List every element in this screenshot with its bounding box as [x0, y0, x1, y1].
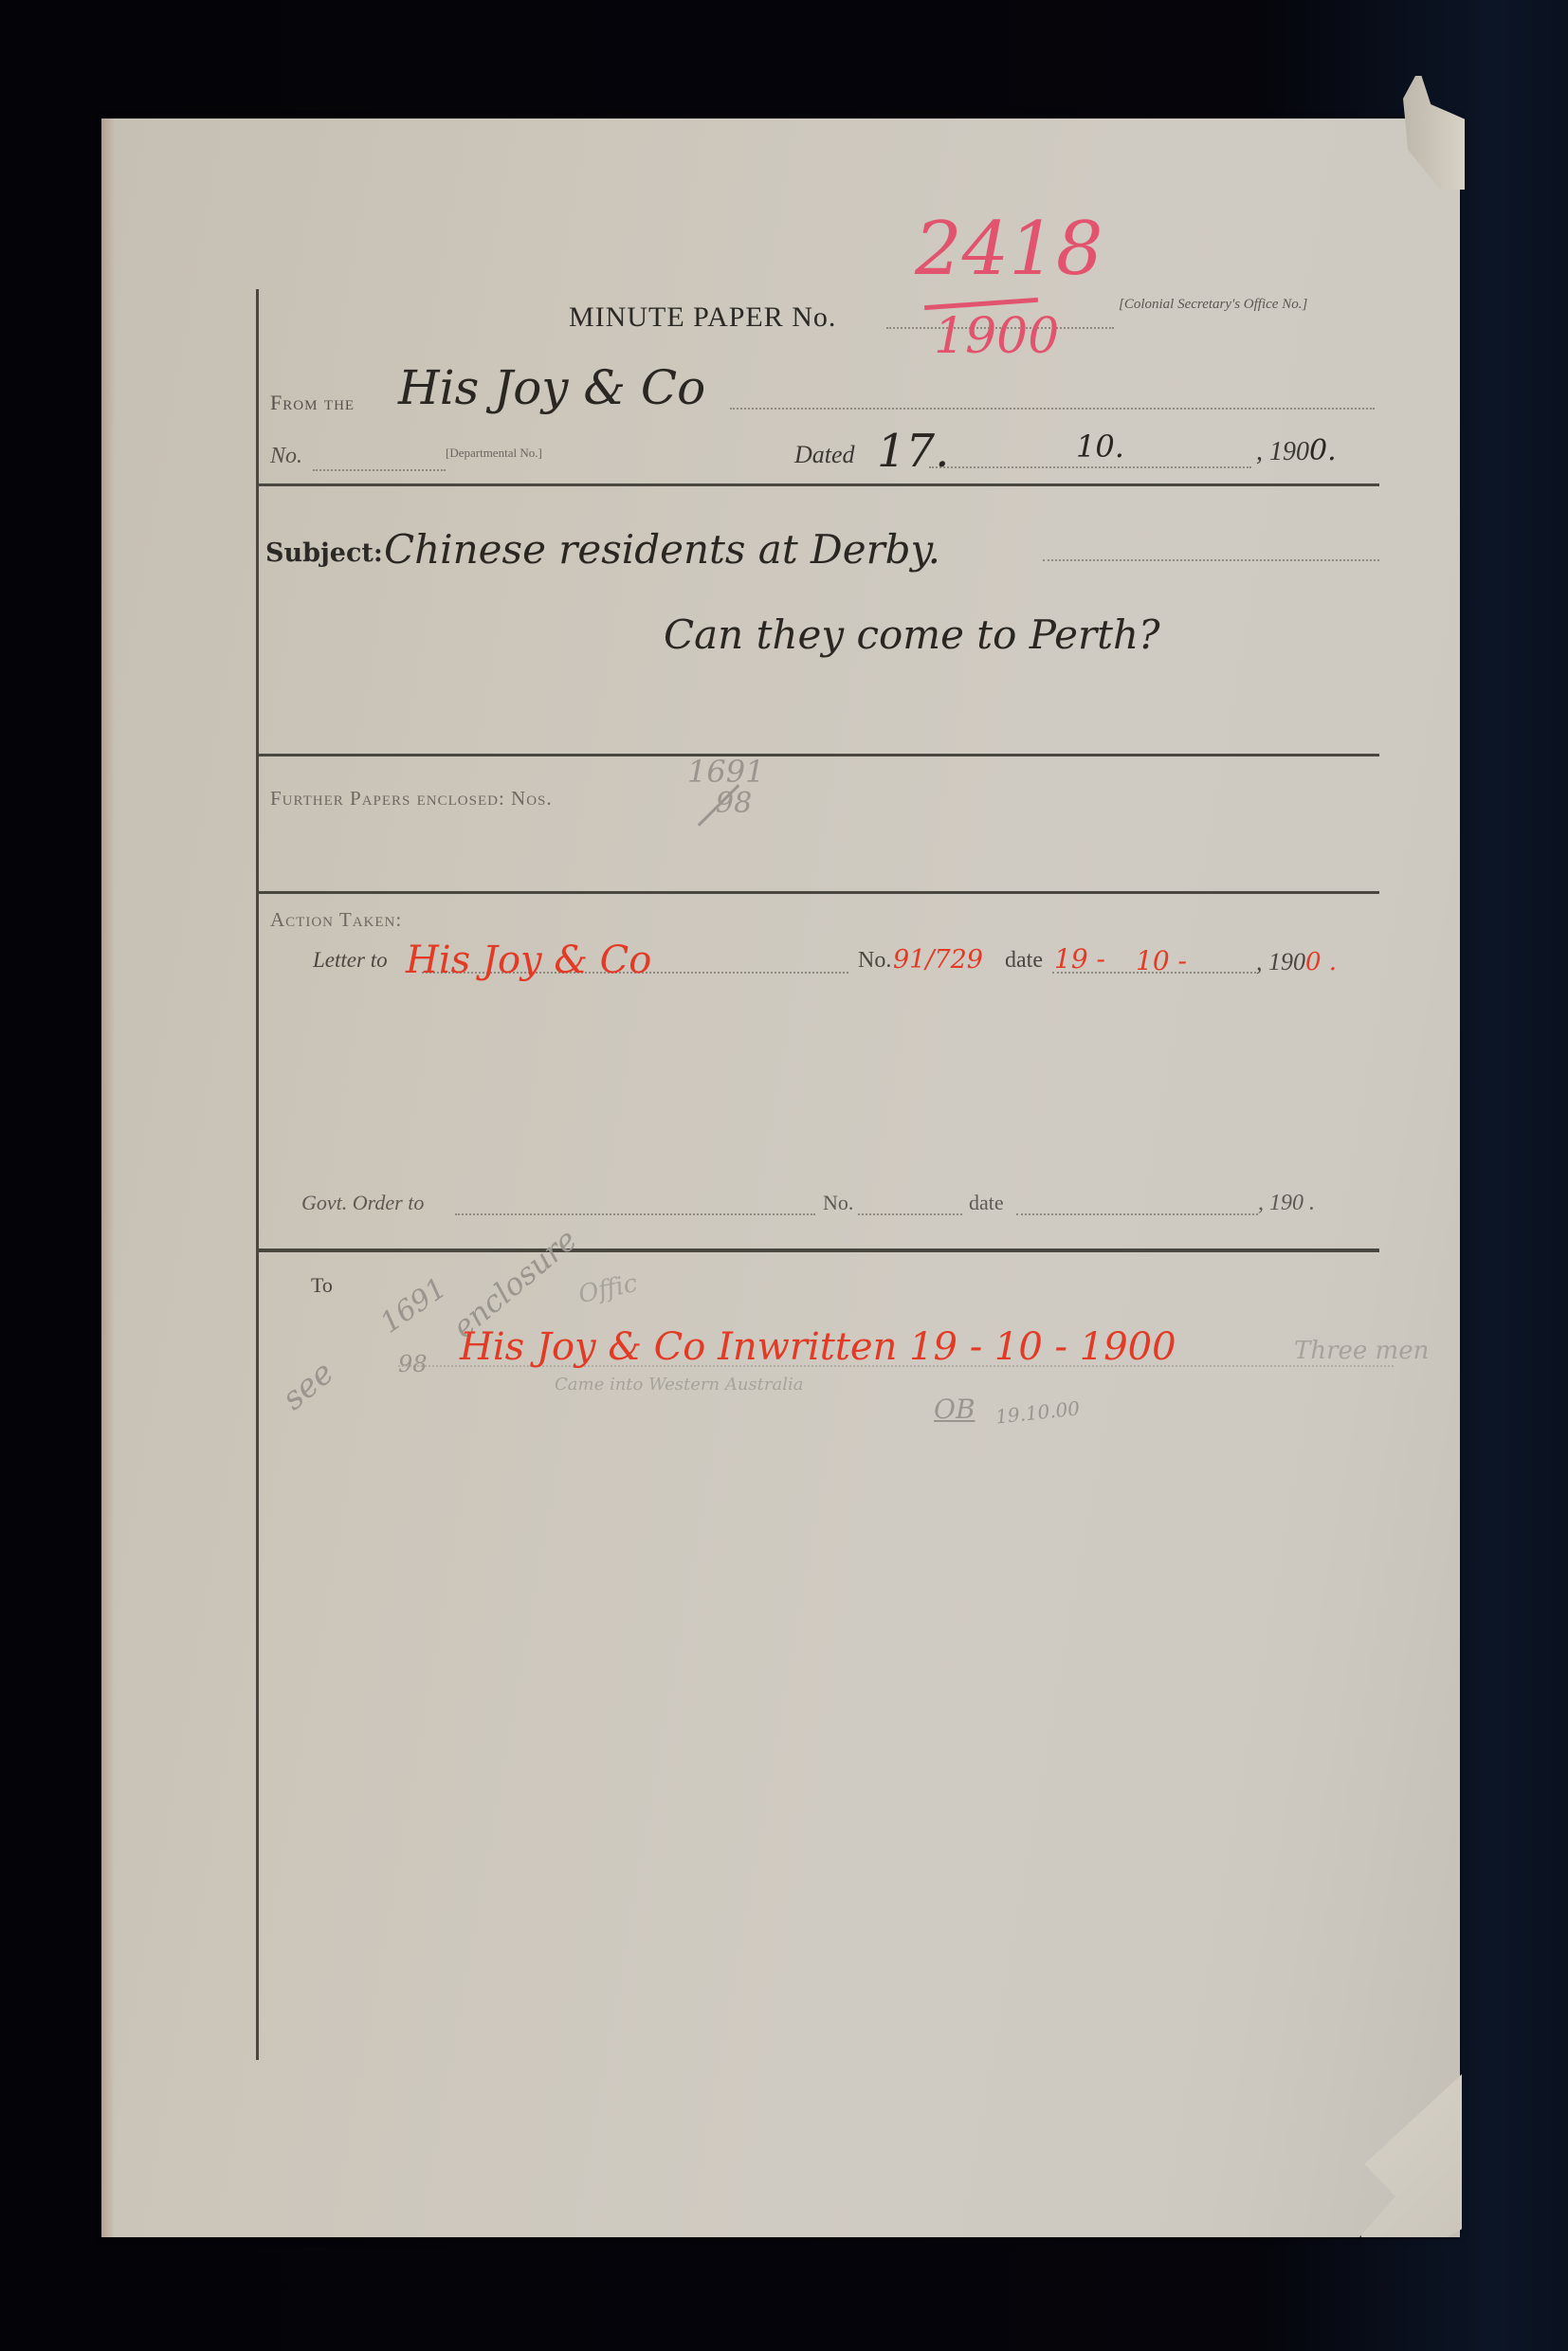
letter-no-label: No. [858, 948, 891, 974]
to-label: To [311, 1273, 333, 1298]
letter-date-month: 10 - [1136, 945, 1187, 976]
letter-no-value: 91/729 [893, 945, 983, 975]
paper-edge-tint [101, 118, 115, 2237]
govt-year: , 190 . [1258, 1191, 1315, 1216]
further-papers-ref-bottom: 98 [716, 787, 752, 820]
govt-no-dots [858, 1213, 962, 1215]
form-title: MINUTE PAPER No. [569, 301, 836, 334]
margin-rule [256, 289, 259, 2060]
govt-no-label: No. [823, 1191, 853, 1215]
dated-year-suffix: 0. [1309, 434, 1337, 467]
subject-label: Subject: [265, 538, 383, 568]
govt-order-label: Govt. Order to [301, 1191, 424, 1215]
action-taken-label: Action Taken: [270, 908, 402, 932]
dated-month: 10. [1076, 428, 1124, 465]
section-rule-header [258, 483, 1379, 486]
section-rule-papers [258, 891, 1379, 894]
subject-line-2: Can they come to Perth? [664, 611, 1160, 658]
letter-to-label: Letter to [313, 948, 388, 973]
govt-order-dots [455, 1213, 815, 1215]
from-dots [730, 408, 1375, 410]
further-papers-label: Further Papers enclosed: Nos. [270, 787, 553, 811]
letter-to-value: His Joy & Co [406, 939, 651, 982]
govt-date-label: date [969, 1191, 1004, 1215]
initials: OB [934, 1394, 975, 1425]
govt-date-dots [1016, 1213, 1258, 1215]
no-dots [313, 469, 446, 471]
letter-date-day: 19 - [1054, 943, 1105, 975]
to-red-entry: His Joy & Co Inwritten 19 - 10 - 1900 [460, 1325, 1176, 1369]
letter-year-suffix: 0 . [1305, 948, 1337, 976]
pencil-tail: Three men [1294, 1337, 1429, 1365]
departmental-note: [Departmental No.] [446, 446, 542, 461]
dated-day: 17. [877, 425, 949, 478]
from-value: His Joy & Co [398, 360, 705, 415]
minute-number-top: 2418 [915, 207, 1103, 292]
further-papers-ref-top: 1691 [687, 754, 764, 790]
dated-year-prefix: , 190 [1256, 437, 1309, 466]
colonial-office-note: [Colonial Secretary's Office No.] [1119, 297, 1307, 313]
section-rule-action [258, 1248, 1379, 1252]
letter-date-label: date [1005, 948, 1043, 974]
letter-year-prefix: , 190 [1256, 948, 1305, 975]
subject-line-1: Chinese residents at Derby. [384, 526, 940, 573]
from-label: From the [270, 391, 355, 415]
pencil-note: Came into Western Australia [555, 1375, 803, 1394]
section-rule-subject [258, 754, 1379, 756]
no-label: No. [270, 444, 302, 469]
dated-dots [929, 466, 1251, 468]
minute-number-bottom: 1900 [934, 308, 1059, 365]
dated-label: Dated [794, 441, 855, 469]
pencil-ref-bottom: 98 [398, 1351, 428, 1377]
subject-dots [1043, 559, 1379, 561]
